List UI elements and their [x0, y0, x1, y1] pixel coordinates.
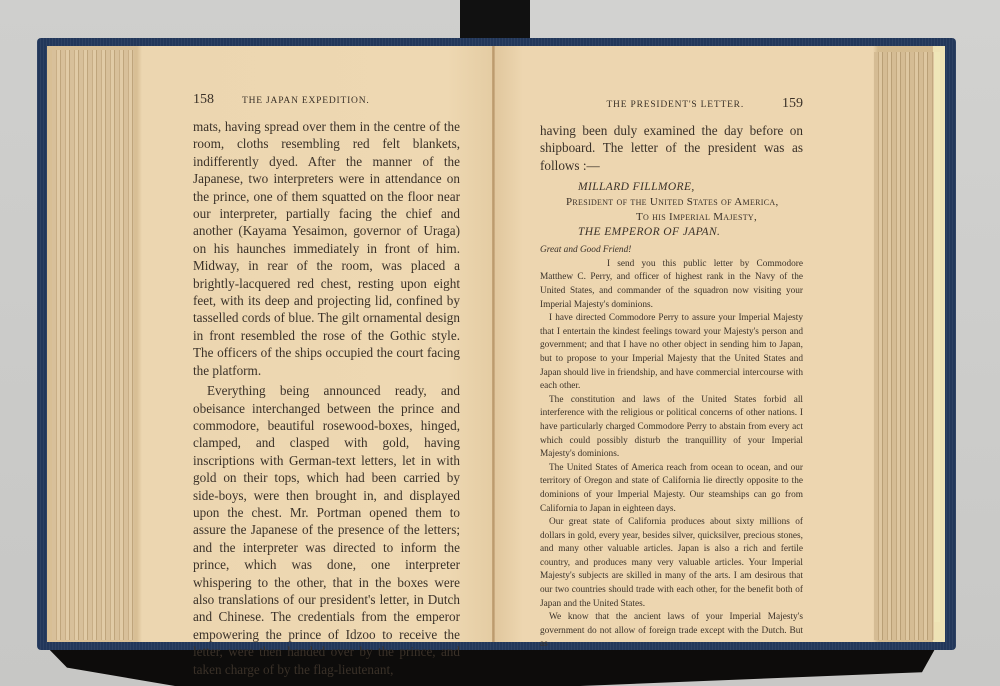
- letter-paragraph: I have directed Commodore Perry to assur…: [540, 312, 803, 394]
- letter-body: Great and Good Friend! I send you this p…: [540, 244, 803, 652]
- page-number: 159: [782, 96, 803, 112]
- paragraph: mats, having spread over them in the cen…: [193, 118, 460, 379]
- left-page-text: 158 THE JAPAN EXPEDITION. mats, having s…: [193, 92, 460, 678]
- right-page-text: THE PRESIDENT'S LETTER. 159 having been …: [540, 96, 803, 652]
- page-number: 158: [193, 92, 214, 108]
- book-gutter: [492, 46, 495, 642]
- letter-paragraph: Our great state of California produces a…: [540, 516, 803, 611]
- paragraph: Everything being announced ready, and ob…: [193, 382, 460, 678]
- letter-paragraph: We know that the ancient laws of your Im…: [540, 611, 803, 652]
- recipient: THE EMPEROR OF JAPAN.: [578, 225, 803, 240]
- letter-paragraph: The United States of America reach from …: [540, 462, 803, 516]
- running-head-title: THE JAPAN EXPEDITION.: [242, 96, 370, 106]
- sender-title: President of the United States of Americ…: [566, 195, 803, 210]
- address-to: To his Imperial Majesty,: [636, 210, 803, 225]
- right-page-edges: [874, 52, 934, 640]
- left-running-head: 158 THE JAPAN EXPEDITION.: [193, 92, 460, 112]
- letter-paragraph: I send you this public letter by Commodo…: [540, 258, 803, 312]
- running-head-title: THE PRESIDENT'S LETTER.: [606, 100, 744, 110]
- right-running-head: THE PRESIDENT'S LETTER. 159: [540, 96, 803, 116]
- endpaper: [934, 52, 940, 622]
- right-body: having been duly examined the day before…: [540, 122, 803, 174]
- letter-paragraph: The constitution and laws of the United …: [540, 394, 803, 462]
- intro-paragraph: having been duly examined the day before…: [540, 122, 803, 174]
- sender-name: MILLARD FILLMORE,: [578, 180, 803, 195]
- left-body: mats, having spread over them in the cen…: [193, 118, 460, 678]
- letter-address: MILLARD FILLMORE, President of the Unite…: [540, 180, 803, 240]
- left-page-edges: [52, 50, 134, 640]
- letter-greeting: Great and Good Friend!: [540, 244, 803, 258]
